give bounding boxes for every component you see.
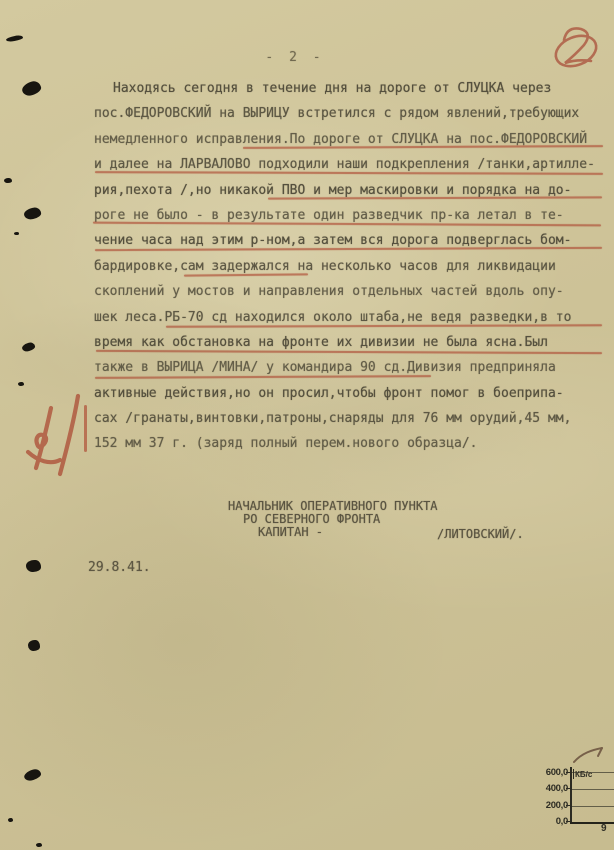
ink-spot: [21, 341, 36, 352]
ink-spot: [8, 818, 13, 822]
text-line: сах /гранаты,винтовки,патроны,снаряды дл…: [94, 406, 610, 431]
speed-graph-y-tick-label: 0,0: [534, 816, 568, 827]
speed-graph-tick: [566, 805, 571, 806]
signature-rank-line: КАПИТАН -: [258, 526, 323, 539]
speed-unit-label: КБ/с: [575, 770, 592, 779]
ink-spot: [20, 79, 42, 97]
ink-spot: [23, 768, 42, 783]
margin-annotation-mark: [24, 388, 100, 474]
speed-graph-tick: [566, 772, 571, 773]
ink-spot: [28, 640, 40, 651]
text-line: активные действия,но он просил,чтобы фро…: [94, 381, 610, 406]
ink-spot: [36, 843, 42, 847]
text-line: Находясь сегодня в течение дня на дороге…: [94, 76, 610, 101]
ink-spot: [6, 35, 24, 43]
ink-spot: [4, 178, 12, 183]
page-number: - 2 -: [250, 50, 340, 65]
speed-graph-x-axis: [570, 822, 614, 824]
speed-unit-bracket: [573, 769, 574, 779]
document-date: 29.8.41.: [88, 560, 151, 575]
text-line: 152 мм 37 г. (заряд полный перем.нового …: [94, 431, 610, 456]
speed-graph-gridline: [571, 789, 614, 790]
ink-spot: [14, 232, 19, 235]
text-line: скоплений у мостов и направления отдельн…: [94, 279, 610, 304]
signature-name: /ЛИТОВСКИЙ/.: [437, 528, 524, 541]
speed-graph-y-tick-label: 200,0: [534, 800, 568, 811]
body-text: Находясь сегодня в течение дня на дороге…: [94, 76, 610, 457]
ink-spot: [18, 382, 24, 386]
speed-graph-y-tick-label: 600,0: [534, 767, 568, 778]
speed-graph-fragment: 600,0400,0200,00,0 КБ/с 9: [536, 762, 614, 832]
speed-graph-gridline: [571, 806, 614, 807]
scanned-document-page: - 2 - Находясь сегодня в течение дня на …: [0, 0, 614, 850]
speed-graph-tick: [566, 821, 571, 822]
speed-graph-x-tick: 9: [601, 823, 607, 834]
speed-graph-y-tick-label: 400,0: [534, 783, 568, 794]
text-line: пос.ФЕДОРОВСКИЙ на ВЫРИЦУ встретился с р…: [94, 101, 610, 126]
ink-spot: [26, 560, 41, 572]
speed-graph-tick: [566, 788, 571, 789]
ink-spot: [23, 206, 42, 220]
speed-graph-y-axis: [570, 767, 572, 823]
handwritten-page-mark: [548, 20, 606, 76]
text-line: бардировке,сам задержался на несколько ч…: [94, 254, 610, 279]
